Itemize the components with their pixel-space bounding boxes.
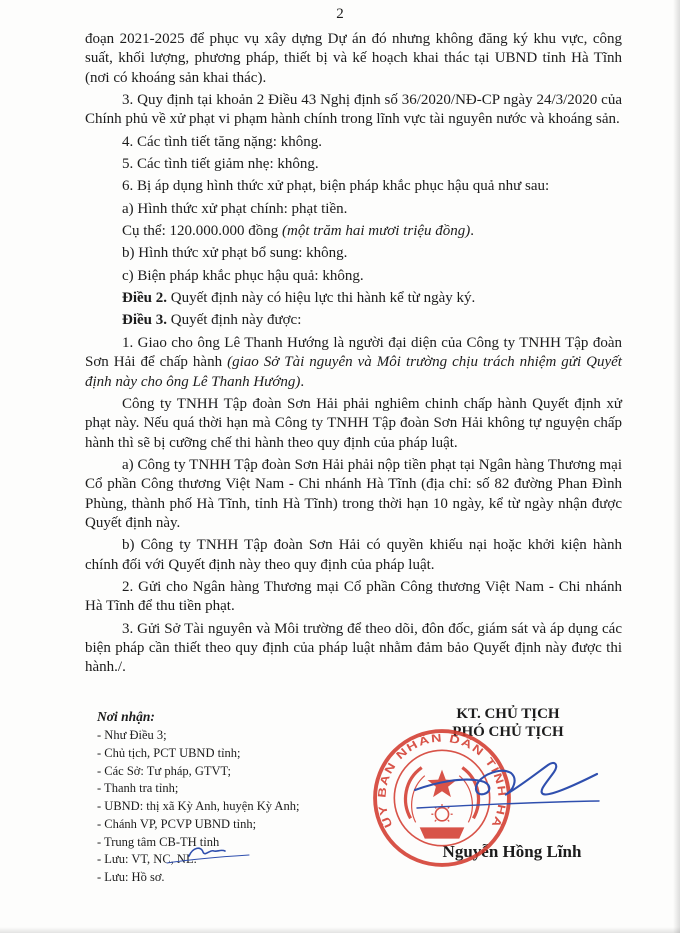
paragraph-text: Quyết định này có hiệu lực thi hành kể t… — [167, 290, 475, 306]
document-page: 2 đoạn 2021-2025 để phục vụ xây dựng Dự … — [0, 0, 680, 933]
emblem-wreath-right — [462, 768, 478, 819]
recipient-item: - Như Điều 3; — [97, 727, 299, 745]
emblem-cog-icon — [435, 808, 448, 821]
paragraph: Cụ thể: 120.000.000 đồng (một trăm hai m… — [85, 222, 622, 241]
page-number: 2 — [0, 6, 680, 23]
signature-stroke-main — [415, 763, 597, 795]
national-emblem — [406, 768, 479, 839]
article-label: Điều 2. — [122, 290, 167, 306]
paragraph: 6. Bị áp dụng hình thức xử phạt, biện ph… — [85, 177, 622, 196]
recipient-item: - Các Sở: Tư pháp, GTVT; — [97, 763, 299, 781]
signature-block: KT. CHỦ TỊCH PHÓ CHỦ TỊCH — [363, 705, 653, 742]
recipient-item: - UBND: thị xã Kỳ Anh, huyện Kỳ Anh; — [97, 798, 299, 816]
paragraph: 1. Giao cho ông Lê Thanh Hướng là người … — [85, 334, 622, 392]
paragraph: Công ty TNHH Tập đoàn Sơn Hải phải nghiê… — [85, 395, 622, 453]
recipient-item: - Chánh VP, PCVP UBND tỉnh; — [97, 816, 299, 834]
recipient-item: - Chủ tịch, PCT UBND tỉnh; — [97, 745, 299, 763]
paragraph: 2. Gửi cho Ngân hàng Thương mại Cổ phần … — [85, 578, 622, 617]
paragraph: a) Hình thức xử phạt chính: phạt tiền. — [85, 200, 622, 219]
article-label: Điều 3. — [122, 312, 167, 328]
paragraph: b) Công ty TNHH Tập đoàn Sơn Hải có quyề… — [85, 536, 622, 575]
emblem-wreath-left-inner — [412, 776, 425, 823]
emblem-banner — [420, 827, 465, 838]
paragraph: Điều 3. Quyết định này được: — [85, 311, 622, 330]
seal-ring-text: ỦY BAN NHÂN DÂN TỈNH HÀ TĨNH — [376, 732, 507, 830]
emblem-cog-teeth — [431, 804, 452, 821]
paragraph: 3. Quy định tại khoản 2 Điều 43 Nghị địn… — [85, 91, 622, 130]
recipients-title: Nơi nhận: — [97, 707, 299, 726]
paragraph: Điều 2. Quyết định này có hiệu lực thi h… — [85, 289, 622, 308]
recipient-item: - Thanh tra tỉnh; — [97, 780, 299, 798]
signature-title-line2: PHÓ CHỦ TỊCH — [363, 723, 653, 741]
document-body: đoạn 2021-2025 để phục vụ xây dựng Dự án… — [85, 30, 622, 681]
recipient-item: - Trung tâm CB-TH tỉnh — [97, 834, 299, 852]
paragraph: 5. Các tình tiết giảm nhẹ: không. — [85, 155, 622, 174]
paragraph: b) Hình thức xử phạt bổ sung: không. — [85, 244, 622, 263]
signature-stroke-underline — [417, 801, 599, 808]
signature-title-line1: KT. CHỦ TỊCH — [363, 705, 653, 723]
scan-edge-bottom — [0, 927, 680, 933]
emblem-star-icon — [427, 770, 456, 797]
signature-footer: Nơi nhận: - Như Điều 3; - Chủ tịch, PCT … — [85, 702, 622, 933]
paragraph: đoạn 2021-2025 để phục vụ xây dựng Dự án… — [85, 30, 622, 88]
recipient-item: - Lưu: Hồ sơ. — [97, 869, 299, 887]
paragraph: 4. Các tình tiết tăng nặng: không. — [85, 133, 622, 152]
paragraph: c) Biện pháp khắc phục hậu quả: không. — [85, 267, 622, 286]
amount-in-words: (một trăm hai mươi triệu đồng) — [282, 223, 470, 239]
emblem-wreath-right-inner — [459, 776, 472, 823]
scan-edge-right — [673, 0, 680, 933]
emblem-wreath-left — [406, 768, 422, 819]
recipients-list: Nơi nhận: - Như Điều 3; - Chủ tịch, PCT … — [97, 707, 299, 887]
paragraph: 3. Gửi Sở Tài nguyên và Môi trường để th… — [85, 620, 622, 678]
signer-name: Nguyễn Hồng Lĩnh — [367, 842, 657, 862]
recipient-item: - Lưu: VT, NC, NL. — [97, 851, 299, 869]
paragraph-text: Quyết định này được: — [167, 312, 301, 328]
paragraph-text: . — [470, 223, 474, 239]
paragraph: a) Công ty TNHH Tập đoàn Sơn Hải phải nộ… — [85, 456, 622, 533]
paragraph-text: . — [300, 374, 304, 390]
paragraph-text: Cụ thể: 120.000.000 đồng — [122, 223, 282, 239]
seal-inner-ring — [394, 750, 489, 845]
